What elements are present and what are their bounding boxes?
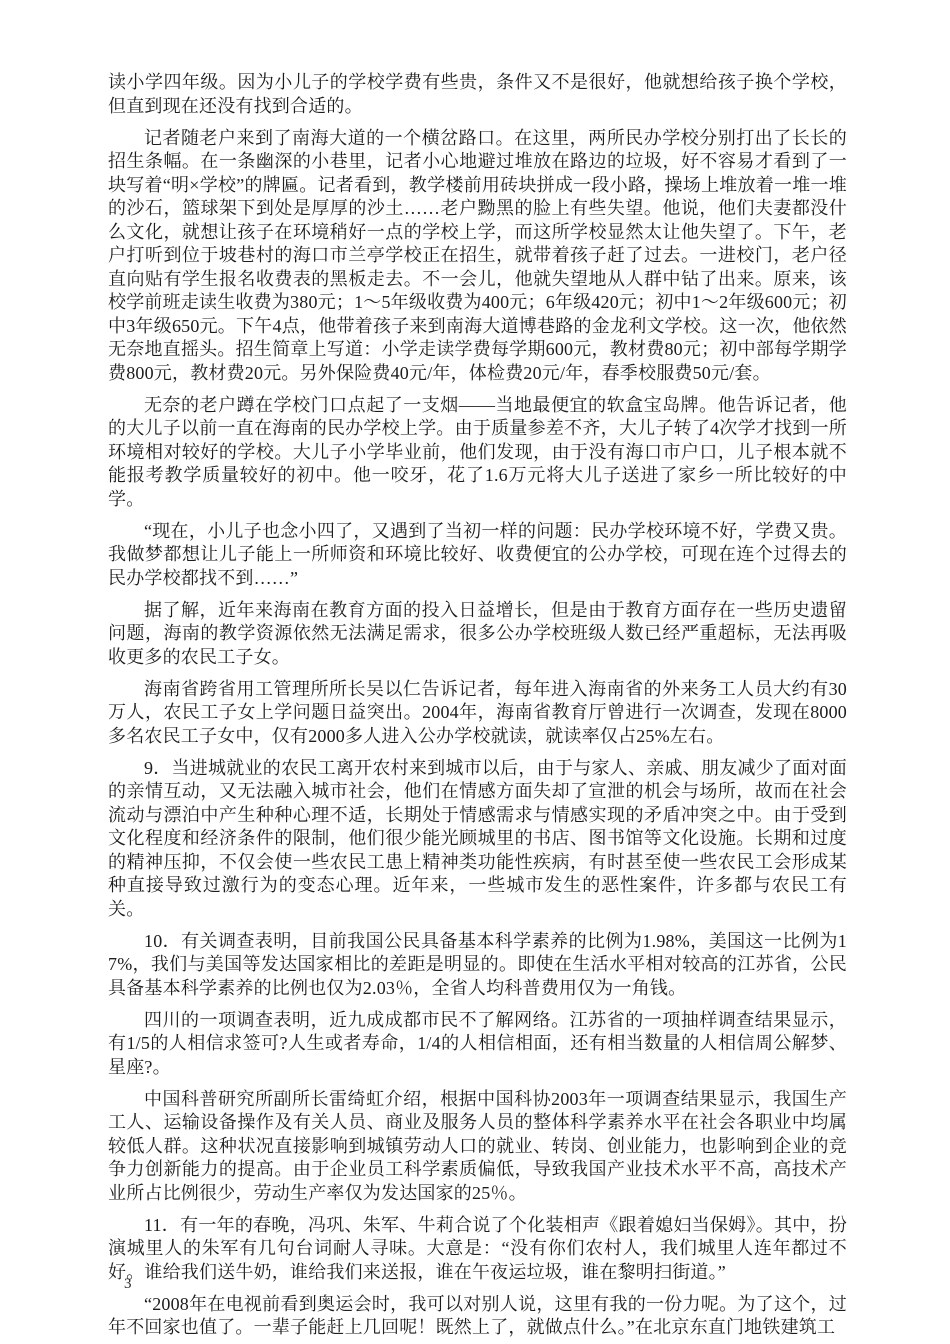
paragraph: “现在，小儿子也念小四了，又遇到了当初一样的问题：民办学校环境不好，学费又贵。我… bbox=[108, 520, 847, 591]
paragraph: 9．当进城就业的农民工离开农村来到城市以后，由于与家人、亲戚、朋友减少了面对面的… bbox=[108, 757, 847, 922]
paragraph: 记者随老户来到了南海大道的一个横岔路口。在这里，两所民办学校分别打出了长长的招生… bbox=[108, 127, 847, 386]
document-page: 读小学四年级。因为小儿子的学校学费有些贵，条件又不是很好，他就想给孩子换个学校，… bbox=[0, 0, 950, 1344]
paragraph: 读小学四年级。因为小儿子的学校学费有些贵，条件又不是很好，他就想给孩子换个学校，… bbox=[108, 71, 847, 118]
paragraph: 无奈的老户蹲在学校门口点起了一支烟——当地最便宜的软盒宝岛牌。他告诉记者，他的大… bbox=[108, 394, 847, 512]
paragraph: 中国科普研究所副所长雷绮虹介绍，根据中国科协2003年一项调查结果显示，我国生产… bbox=[108, 1088, 847, 1206]
page-number: 3 bbox=[124, 1276, 132, 1293]
paragraph: “2008年在电视前看到奥运会时，我可以对别人说，这里有我的一份力呢。为了这个，… bbox=[108, 1293, 847, 1340]
paragraph: 海南省跨省用工管理所所长吴以仁告诉记者，每年进入海南省的外来务工人员大约有30万… bbox=[108, 678, 847, 749]
paragraph: 11．有一年的春晚，冯巩、朱军、牛莉合说了个化装相声《跟着媳妇当保姆》。其中，扮… bbox=[108, 1214, 847, 1285]
paragraph: 据了解，近年来海南在教育方面的投入日益增长，但是由于教育方面存在一些历史遗留问题… bbox=[108, 599, 847, 670]
document-content: 读小学四年级。因为小儿子的学校学费有些贵，条件又不是很好，他就想给孩子换个学校，… bbox=[108, 71, 847, 1344]
paragraph: 10．有关调查表明，目前我国公民具备基本科学素养的比例为1.98%，美国这一比例… bbox=[108, 930, 847, 1001]
paragraph: 四川的一项调查表明，近九成成都市民不了解网络。江苏省的一项抽样调查结果显示，有1… bbox=[108, 1009, 847, 1080]
